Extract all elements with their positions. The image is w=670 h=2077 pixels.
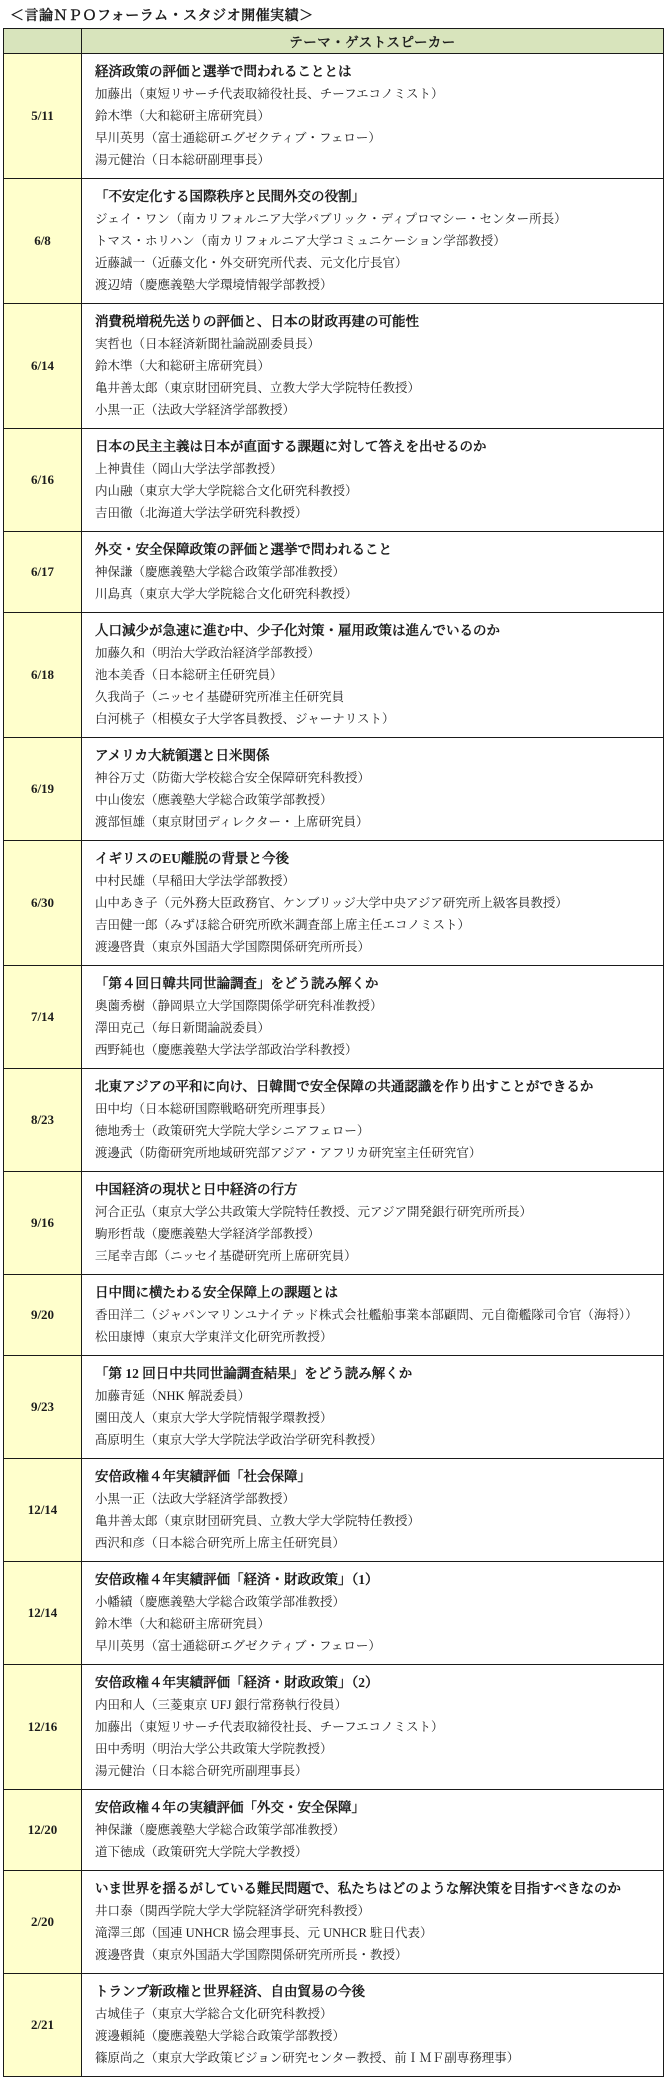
theme-cell: 安倍政権４年実績評価「経済・財政政策」（2）内田和人（三菱東京 UFJ 銀行常務… xyxy=(82,1665,664,1790)
theme-cell: 「第４回日韓共同世論調査」をどう読み解くか奥薗秀樹（静岡県立大学国際関係学研究科… xyxy=(82,966,664,1069)
event-title: 北東アジアの平和に向け、日韓間で安全保障の共通認識を作り出すことができるか xyxy=(95,1076,654,1098)
speaker-line: 吉田健一郎（みずほ総合研究所欧米調査部上席主任エコノミスト） xyxy=(95,914,654,936)
speaker-line: 渡辺靖（慶應義塾大学環境情報学部教授） xyxy=(95,274,654,296)
table-row: 7/14 「第４回日韓共同世論調査」をどう読み解くか奥薗秀樹（静岡県立大学国際関… xyxy=(4,966,664,1069)
table-row: 9/16 中国経済の現状と日中経済の行方河合正弘（東京大学公共政策大学院特任教授… xyxy=(4,1172,664,1275)
speaker-line: 小黒一正（法政大学経済学部教授） xyxy=(95,399,654,421)
date-cell: 12/14 xyxy=(4,1459,82,1562)
speaker-line: 香田洋二（ジャパンマリンユナイテッド株式会社艦船事業本部顧問、元自衛艦隊司令官（… xyxy=(95,1304,654,1326)
speaker-line: 鈴木準（大和総研主席研究員） xyxy=(95,105,654,127)
event-title: 「不安定化する国際秩序と民間外交の役割」 xyxy=(95,186,654,208)
speaker-line: 西野純也（慶應義塾大学法学部政治学科教授） xyxy=(95,1039,654,1061)
theme-cell: 人口減少が急速に進む中、少子化対策・雇用政策は進んでいるのか加藤久和（明治大学政… xyxy=(82,613,664,738)
speaker-line: 白河桃子（相模女子大学客員教授、ジャーナリスト） xyxy=(95,708,654,730)
date-cell: 6/17 xyxy=(4,532,82,613)
speaker-line: 川島真（東京大学大学院総合文化研究科教授） xyxy=(95,583,654,605)
event-title: 安倍政権４年の実績評価「外交・安全保障」 xyxy=(95,1797,654,1819)
theme-cell: いま世界を揺るがしている難民問題で、私たちはどのような解決策を目指すべきなのか井… xyxy=(82,1871,664,1974)
page-title: ＜言論ＮＰＯフォーラム・スタジオ開催実績＞ xyxy=(0,0,670,28)
table-row: 5/11 経済政策の評価と選挙で問われることとは加藤出（東短リサーチ代表取締役社… xyxy=(4,54,664,179)
date-cell: 9/23 xyxy=(4,1356,82,1459)
table-row: 6/19 アメリカ大統領選と日米関係神谷万丈（防衛大学校総合安全保障研究科教授）… xyxy=(4,738,664,841)
theme-cell: 北東アジアの平和に向け、日韓間で安全保障の共通認識を作り出すことができるか田中均… xyxy=(82,1069,664,1172)
speaker-line: 早川英男（富士通総研エグゼクティブ・フェロー） xyxy=(95,127,654,149)
speaker-line: 加藤久和（明治大学政治経済学部教授） xyxy=(95,642,654,664)
event-title: 日中間に横たわる安全保障上の課題とは xyxy=(95,1282,654,1304)
event-title: 中国経済の現状と日中経済の行方 xyxy=(95,1179,654,1201)
table-row: 6/8 「不安定化する国際秩序と民間外交の役割」ジェイ・ワン（南カリフォルニア大… xyxy=(4,179,664,304)
speaker-line: 園田茂人（東京大学大学院情報学環教授） xyxy=(95,1407,654,1429)
date-header-cell xyxy=(4,29,82,54)
speaker-line: 駒形哲哉（慶應義塾大学経済学部教授） xyxy=(95,1223,654,1245)
speaker-line: 渡邊頼純（慶應義塾大学総合政策学部教授） xyxy=(95,2025,654,2047)
speaker-line: 滝澤三郎（国連 UNHCR 協会理事長、元 UNHCR 駐日代表） xyxy=(95,1922,654,1944)
speaker-line: 山中あき子（元外務大臣政務官、ケンブリッジ大学中央アジア研究所上級客員教授） xyxy=(95,892,654,914)
speaker-line: 西沢和彦（日本総合研究所上席主任研究員） xyxy=(95,1532,654,1554)
speaker-line: 久我尚子（ニッセイ基礎研究所准主任研究員 xyxy=(95,686,654,708)
theme-cell: 日中間に横たわる安全保障上の課題とは香田洋二（ジャパンマリンユナイテッド株式会社… xyxy=(82,1275,664,1356)
event-title: 日本の民主主義は日本が直面する課題に対して答えを出せるのか xyxy=(95,436,654,458)
event-title: 人口減少が急速に進む中、少子化対策・雇用政策は進んでいるのか xyxy=(95,620,654,642)
table-row: 6/14 消費税増税先送りの評価と、日本の財政再建の可能性実哲也（日本経済新聞社… xyxy=(4,304,664,429)
event-title: トランプ新政権と世界経済、自由貿易の今後 xyxy=(95,1981,654,2003)
speaker-line: 髙原明生（東京大学大学院法学政治学研究科教授） xyxy=(95,1429,654,1451)
events-table-body: 5/11 経済政策の評価と選挙で問われることとは加藤出（東短リサーチ代表取締役社… xyxy=(4,54,664,2077)
speaker-line: 神保謙（慶應義塾大学総合政策学部准教授） xyxy=(95,561,654,583)
speaker-line: 河合正弘（東京大学公共政策大学院特任教授、元アジア開発銀行研究所所長） xyxy=(95,1201,654,1223)
theme-cell: 安倍政権４年実績評価「経済・財政政策」（1）小幡績（慶應義塾大学総合政策学部准教… xyxy=(82,1562,664,1665)
table-row: 9/23 「第 12 回日中共同世論調査結果」をどう読み解くか加藤青延（NHK … xyxy=(4,1356,664,1459)
date-cell: 9/16 xyxy=(4,1172,82,1275)
event-title: 消費税増税先送りの評価と、日本の財政再建の可能性 xyxy=(95,311,654,333)
theme-cell: 経済政策の評価と選挙で問われることとは加藤出（東短リサーチ代表取締役社長、チーフ… xyxy=(82,54,664,179)
speaker-line: 渡邊啓貴（東京外国語大学国際関係研究所所長） xyxy=(95,936,654,958)
speaker-line: 井口泰（関西学院大学大学院経済学研究科教授） xyxy=(95,1900,654,1922)
event-title: イギリスのEU離脱の背景と今後 xyxy=(95,848,654,870)
table-row: 6/18 人口減少が急速に進む中、少子化対策・雇用政策は進んでいるのか加藤久和（… xyxy=(4,613,664,738)
speaker-line: 三尾幸吉郎（ニッセイ基礎研究所上席研究員） xyxy=(95,1245,654,1267)
speaker-line: 池本美香（日本総研主任研究員） xyxy=(95,664,654,686)
speaker-line: 奥薗秀樹（静岡県立大学国際関係学研究科准教授） xyxy=(95,995,654,1017)
date-cell: 2/21 xyxy=(4,1974,82,2077)
date-cell: 12/20 xyxy=(4,1790,82,1871)
theme-cell: 「不安定化する国際秩序と民間外交の役割」ジェイ・ワン（南カリフォルニア大学パブリ… xyxy=(82,179,664,304)
date-cell: 12/16 xyxy=(4,1665,82,1790)
speaker-line: 湯元健治（日本総合研究所副理事長） xyxy=(95,1760,654,1782)
speaker-line: 加藤青延（NHK 解説委員） xyxy=(95,1385,654,1407)
speaker-line: 渡邊啓貴（東京外国語大学国際関係研究所所長・教授） xyxy=(95,1944,654,1966)
date-cell: 6/19 xyxy=(4,738,82,841)
date-cell: 6/18 xyxy=(4,613,82,738)
speaker-line: 亀井善太郎（東京財団研究員、立教大学大学院特任教授） xyxy=(95,1510,654,1532)
speaker-line: ジェイ・ワン（南カリフォルニア大学パブリック・ディプロマシー・センター所長） xyxy=(95,208,654,230)
table-row: 6/30 イギリスのEU離脱の背景と今後中村民雄（早稲田大学法学部教授）山中あき… xyxy=(4,841,664,966)
theme-cell: 日本の民主主義は日本が直面する課題に対して答えを出せるのか上神貴佳（岡山大学法学… xyxy=(82,429,664,532)
theme-cell: 「第 12 回日中共同世論調査結果」をどう読み解くか加藤青延（NHK 解説委員）… xyxy=(82,1356,664,1459)
speaker-line: 早川英男（富士通総研エグゼクティブ・フェロー） xyxy=(95,1635,654,1657)
theme-cell: イギリスのEU離脱の背景と今後中村民雄（早稲田大学法学部教授）山中あき子（元外務… xyxy=(82,841,664,966)
table-row: 9/20 日中間に横たわる安全保障上の課題とは香田洋二（ジャパンマリンユナイテッ… xyxy=(4,1275,664,1356)
speaker-line: 松田康博（東京大学東洋文化研究所教授） xyxy=(95,1326,654,1348)
event-title: 「第 12 回日中共同世論調査結果」をどう読み解くか xyxy=(95,1363,654,1385)
table-row: 12/14 安倍政権４年実績評価「社会保障」小黒一正（法政大学経済学部教授）亀井… xyxy=(4,1459,664,1562)
speaker-line: 田中秀明（明治大学公共政策大学院教授） xyxy=(95,1738,654,1760)
theme-cell: 安倍政権４年の実績評価「外交・安全保障」神保謙（慶應義塾大学総合政策学部准教授）… xyxy=(82,1790,664,1871)
theme-cell: アメリカ大統領選と日米関係神谷万丈（防衛大学校総合安全保障研究科教授）中山俊宏（… xyxy=(82,738,664,841)
table-row: 8/23 北東アジアの平和に向け、日韓間で安全保障の共通認識を作り出すことができ… xyxy=(4,1069,664,1172)
speaker-line: 渡部恒雄（東京財団ディレクター・上席研究員） xyxy=(95,811,654,833)
table-row: 6/17 外交・安全保障政策の評価と選挙で問われること神保謙（慶應義塾大学総合政… xyxy=(4,532,664,613)
speaker-line: 古城佳子（東京大学総合文化研究科教授） xyxy=(95,2003,654,2025)
date-cell: 6/8 xyxy=(4,179,82,304)
speaker-line: 神保謙（慶應義塾大学総合政策学部准教授） xyxy=(95,1819,654,1841)
speaker-line: 渡邊武（防衛研究所地域研究部アジア・アフリカ研究室主任研究官） xyxy=(95,1142,654,1164)
date-cell: 6/14 xyxy=(4,304,82,429)
speaker-line: 近藤誠一（近藤文化・外交研究所代表、元文化庁長官） xyxy=(95,252,654,274)
speaker-line: 吉田徹（北海道大学法学研究科教授） xyxy=(95,502,654,524)
table-row: 12/14 安倍政権４年実績評価「経済・財政政策」（1）小幡績（慶應義塾大学総合… xyxy=(4,1562,664,1665)
speaker-line: 加藤出（東短リサーチ代表取締役社長、チーフエコノミスト） xyxy=(95,83,654,105)
speaker-line: 小黒一正（法政大学経済学部教授） xyxy=(95,1488,654,1510)
event-title: いま世界を揺るがしている難民問題で、私たちはどのような解決策を目指すべきなのか xyxy=(95,1878,654,1900)
speaker-line: 湯元健治（日本総研副理事長） xyxy=(95,149,654,171)
speaker-line: 篠原尚之（東京大学政策ビジョン研究センター教授、前ＩＭＦ副専務理事） xyxy=(95,2047,654,2069)
date-cell: 6/16 xyxy=(4,429,82,532)
speaker-line: 澤田克己（毎日新聞論説委員） xyxy=(95,1017,654,1039)
event-title: 安倍政権４年実績評価「経済・財政政策」（2） xyxy=(95,1672,654,1694)
date-cell: 8/23 xyxy=(4,1069,82,1172)
date-cell: 12/14 xyxy=(4,1562,82,1665)
speaker-line: 中村民雄（早稲田大学法学部教授） xyxy=(95,870,654,892)
theme-cell: トランプ新政権と世界経済、自由貿易の今後古城佳子（東京大学総合文化研究科教授）渡… xyxy=(82,1974,664,2077)
speaker-line: 道下徳成（政策研究大学院大学教授） xyxy=(95,1841,654,1863)
date-cell: 7/14 xyxy=(4,966,82,1069)
event-title: 外交・安全保障政策の評価と選挙で問われること xyxy=(95,539,654,561)
table-row: 6/16 日本の民主主義は日本が直面する課題に対して答えを出せるのか上神貴佳（岡… xyxy=(4,429,664,532)
date-cell: 2/20 xyxy=(4,1871,82,1974)
speaker-line: 神谷万丈（防衛大学校総合安全保障研究科教授） xyxy=(95,767,654,789)
event-title: 安倍政権４年実績評価「社会保障」 xyxy=(95,1466,654,1488)
events-table-head: テーマ・ゲストスピーカー xyxy=(4,29,664,54)
date-cell: 5/11 xyxy=(4,54,82,179)
event-title: 安倍政権４年実績評価「経済・財政政策」（1） xyxy=(95,1569,654,1591)
table-row: 2/21 トランプ新政権と世界経済、自由貿易の今後古城佳子（東京大学総合文化研究… xyxy=(4,1974,664,2077)
speaker-line: 中山俊宏（應義塾大学総合政策学部教授） xyxy=(95,789,654,811)
speaker-line: 鈴木準（大和総研主席研究員） xyxy=(95,1613,654,1635)
event-title: アメリカ大統領選と日米関係 xyxy=(95,745,654,767)
speaker-line: 鈴木準（大和総研主席研究員） xyxy=(95,355,654,377)
speaker-line: 実哲也（日本経済新聞社論説副委員長） xyxy=(95,333,654,355)
speaker-line: 田中均（日本総研国際戦略研究所理事長） xyxy=(95,1098,654,1120)
speaker-line: 上神貴佳（岡山大学法学部教授） xyxy=(95,458,654,480)
theme-cell: 中国経済の現状と日中経済の行方河合正弘（東京大学公共政策大学院特任教授、元アジア… xyxy=(82,1172,664,1275)
speaker-line: 内山融（東京大学大学院総合文化研究科教授） xyxy=(95,480,654,502)
table-row: 12/20 安倍政権４年の実績評価「外交・安全保障」神保謙（慶應義塾大学総合政策… xyxy=(4,1790,664,1871)
table-row: 12/16 安倍政権４年実績評価「経済・財政政策」（2）内田和人（三菱東京 UF… xyxy=(4,1665,664,1790)
event-title: 「第４回日韓共同世論調査」をどう読み解くか xyxy=(95,973,654,995)
event-title: 経済政策の評価と選挙で問われることとは xyxy=(95,61,654,83)
speaker-line: 亀井善太郎（東京財団研究員、立教大学大学院特任教授） xyxy=(95,377,654,399)
theme-header-cell: テーマ・ゲストスピーカー xyxy=(82,29,664,54)
document-page: ＜言論ＮＰＯフォーラム・スタジオ開催実績＞ テーマ・ゲストスピーカー 5/11 … xyxy=(0,0,670,2077)
speaker-line: トマス・ホリハン（南カリフォルニア大学コミュニケーション学部教授） xyxy=(95,230,654,252)
date-cell: 9/20 xyxy=(4,1275,82,1356)
events-table: テーマ・ゲストスピーカー 5/11 経済政策の評価と選挙で問われることとは加藤出… xyxy=(3,28,664,2077)
theme-cell: 外交・安全保障政策の評価と選挙で問われること神保謙（慶應義塾大学総合政策学部准教… xyxy=(82,532,664,613)
table-header-row: テーマ・ゲストスピーカー xyxy=(4,29,664,54)
speaker-line: 徳地秀士（政策研究大学院大学シニアフェロー） xyxy=(95,1120,654,1142)
speaker-line: 小幡績（慶應義塾大学総合政策学部准教授） xyxy=(95,1591,654,1613)
table-row: 2/20 いま世界を揺るがしている難民問題で、私たちはどのような解決策を目指すべ… xyxy=(4,1871,664,1974)
speaker-line: 内田和人（三菱東京 UFJ 銀行常務執行役員） xyxy=(95,1694,654,1716)
speaker-line: 加藤出（東短リサーチ代表取締役社長、チーフエコノミスト） xyxy=(95,1716,654,1738)
date-cell: 6/30 xyxy=(4,841,82,966)
theme-cell: 消費税増税先送りの評価と、日本の財政再建の可能性実哲也（日本経済新聞社論説副委員… xyxy=(82,304,664,429)
theme-cell: 安倍政権４年実績評価「社会保障」小黒一正（法政大学経済学部教授）亀井善太郎（東京… xyxy=(82,1459,664,1562)
